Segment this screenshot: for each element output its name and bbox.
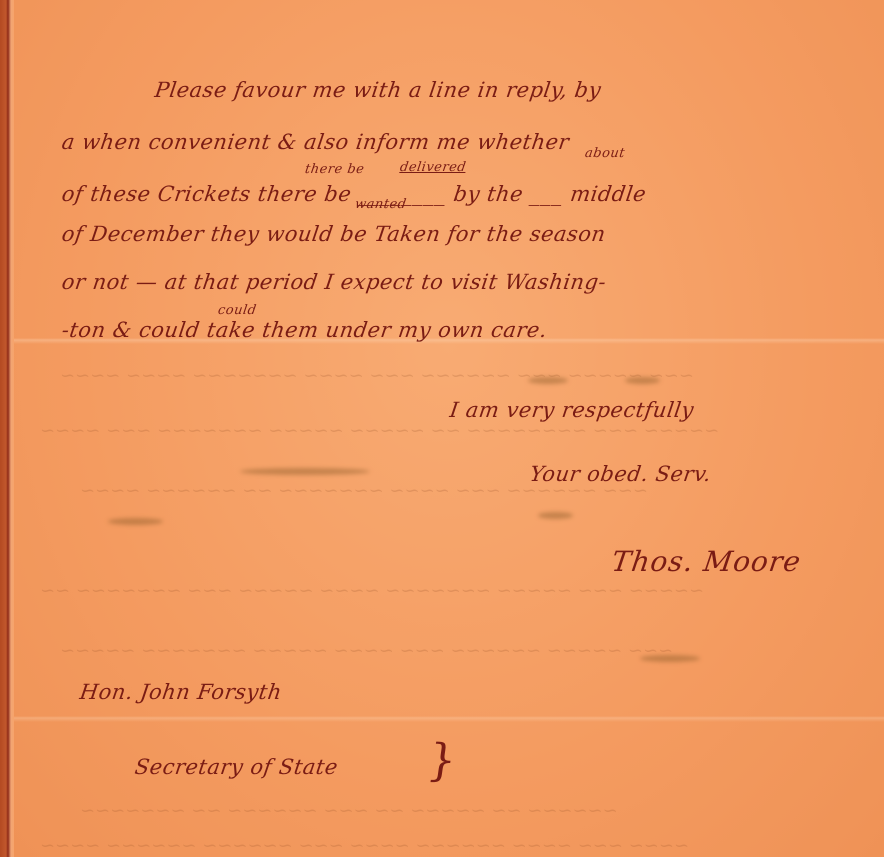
bleed-through-text: ~~~~~~ ~~ ~~~~~ ~~ ~~~ ~~~~~~ ~~ ~~~~~~~ — [80, 800, 618, 821]
bleed-through-text: ~~~~~ ~~~ ~~~~~~~~ ~~ ~~~~~ ~~~~~ ~~~~~~… — [40, 420, 719, 441]
ink-smudge — [108, 518, 163, 525]
bleed-through-text: ~~~ ~~~~~ ~~~ ~~~~~~ ~~~ ~~~~ ~~~~~~~ ~~… — [60, 365, 694, 386]
insertion-about: about — [584, 146, 626, 161]
addressee-name: Hon. John Forsyth — [78, 680, 283, 704]
bleed-through-text: ~~~~ ~~~ ~~~~ ~~~~~~ ~~~~ ~~~ ~~~~~~ ~~~… — [40, 835, 689, 856]
closing-line-1: I am very respectfully — [448, 398, 695, 422]
insertion-delivered: delivered — [399, 160, 467, 175]
insertion-there-be: there be — [304, 162, 365, 177]
bleed-through-text: ~~~~~ ~~~ ~~~~~ ~~~~~~~ ~~~~ ~~~~~ ~~~ ~… — [40, 580, 704, 601]
signature: Thos. Moore — [610, 545, 804, 578]
ink-smudge — [538, 512, 573, 519]
bleed-through-text: ~~~ ~~~~~ ~~~~~~ ~~~ ~~~~ ~~~~~ ~~~~~~~ … — [60, 640, 673, 661]
page-binding-edge — [0, 0, 14, 857]
ink-smudge — [528, 377, 568, 384]
letter-line-5: or not — at that period I expect to visi… — [60, 270, 608, 294]
letter-line-2: a when convenient & also inform me wheth… — [60, 130, 571, 154]
ink-smudge — [640, 655, 700, 662]
letter-line-6: -ton & could take them under my own care… — [60, 318, 548, 342]
insertion-could: could — [217, 303, 258, 318]
addressee-title: Secretary of State — [133, 755, 339, 779]
insertion-wanted: wanted — [354, 197, 408, 212]
ink-smudge — [240, 468, 370, 475]
closing-line-2: Your obed. Serv. — [528, 462, 713, 486]
letter-line-1: Please favour me with a line in reply, b… — [153, 78, 602, 102]
letter-line-4: of December they would be Taken for the … — [60, 222, 607, 246]
letter-line-3: of these Crickets there be ________ by t… — [60, 182, 648, 206]
ink-smudge — [625, 377, 660, 384]
